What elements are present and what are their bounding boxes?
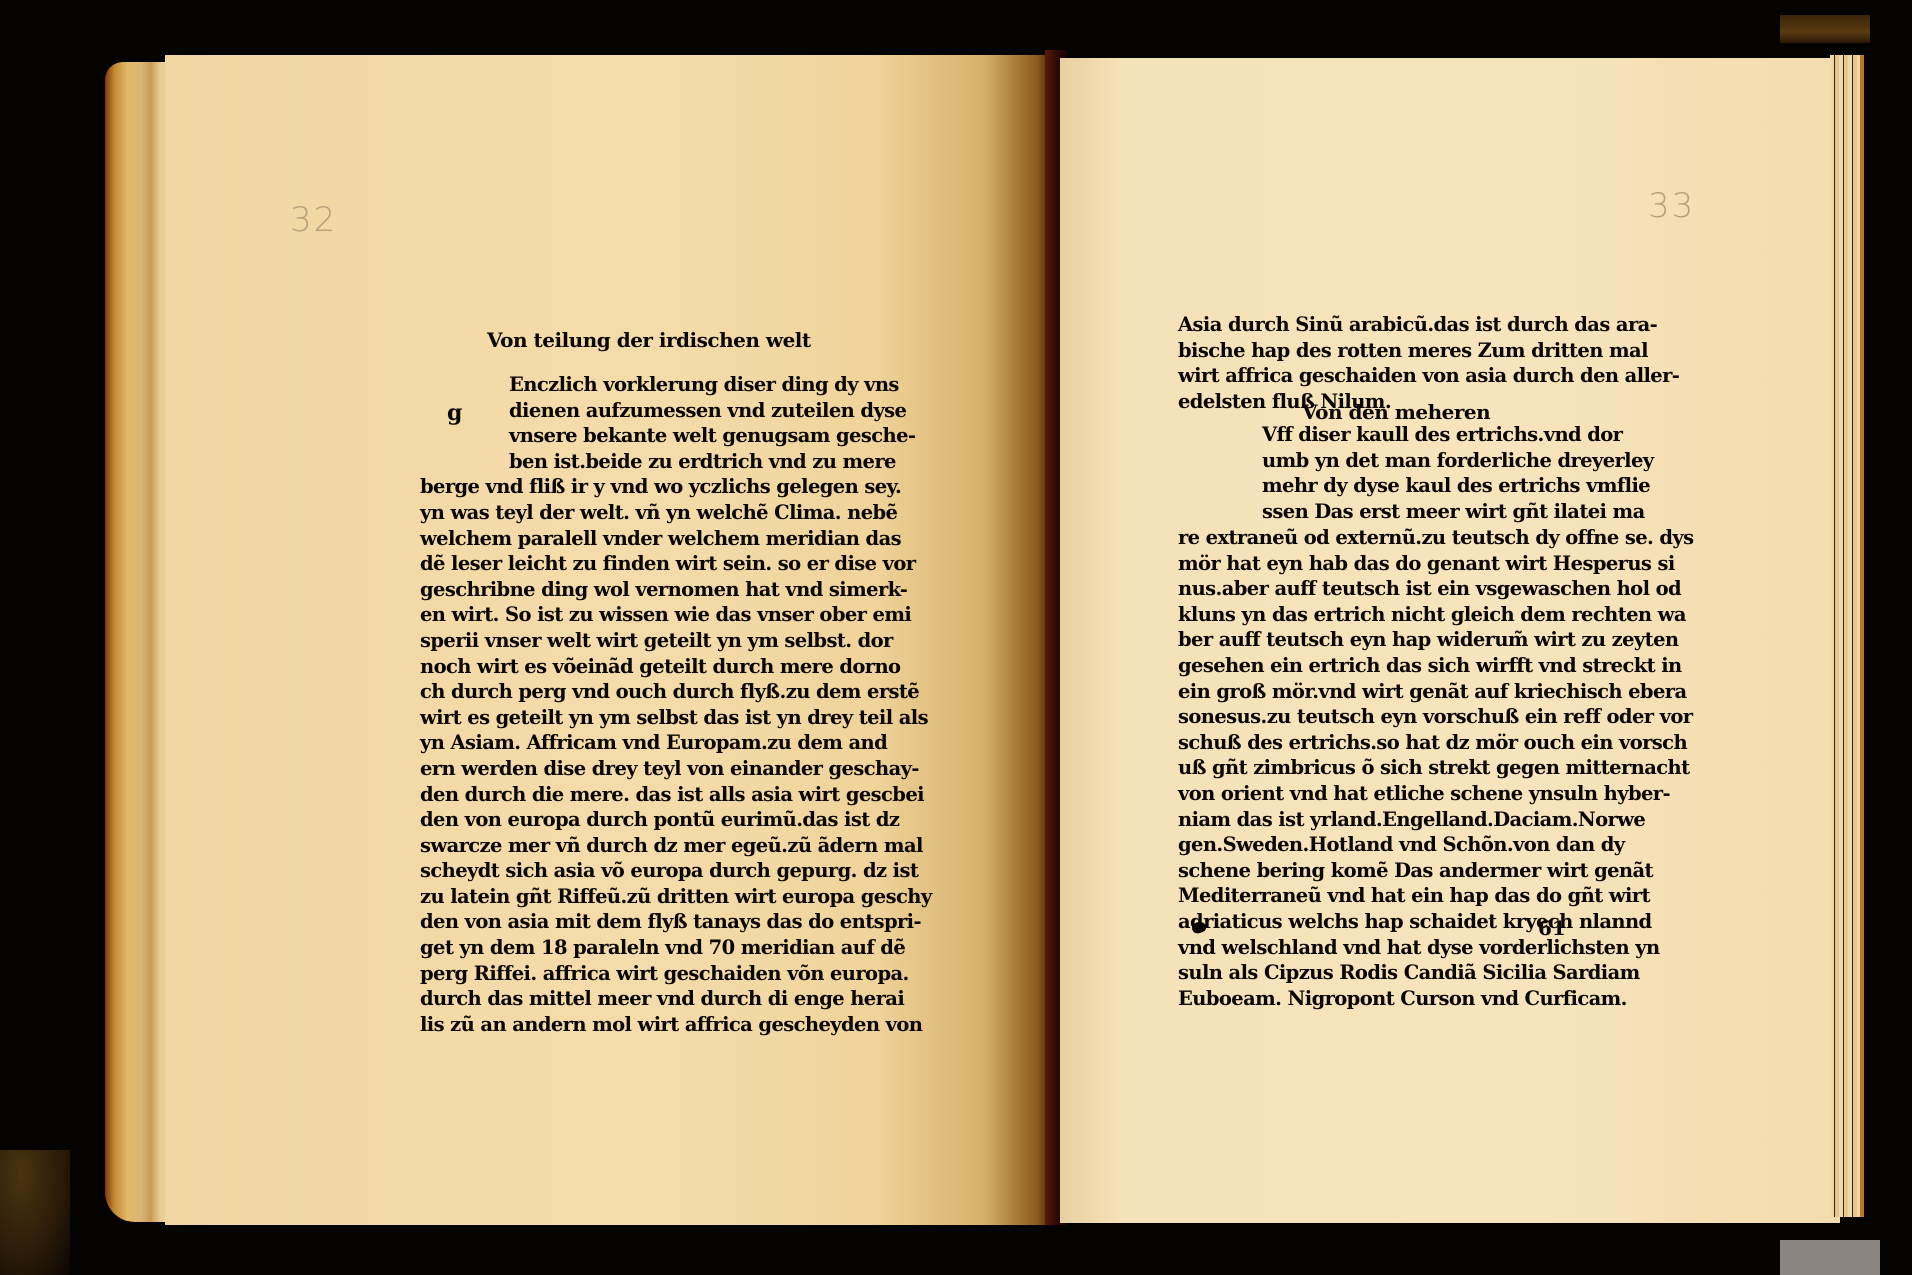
text-line: durch das mittel meer vnd durch di enge …	[420, 986, 832, 1012]
text-line: adriaticus welchs hap schaidet kryech nl…	[1178, 909, 1568, 935]
left-page-text: Enczlich vorklerung diser ding dy vns di…	[420, 372, 832, 1037]
text-line: re extraneũ od externũ.zu teutsch dy off…	[1178, 525, 1568, 551]
text-line: vnsere bekante welt genugsam gesche-	[420, 423, 832, 449]
text-line: wirt affrica geschaiden von asia durch d…	[1178, 363, 1568, 389]
text-line: ber auff teutsch eyn hap widerum̃ wirt z…	[1178, 627, 1568, 653]
book-cover-corner-left	[0, 1150, 70, 1275]
pencil-page-number-right: 33	[1648, 186, 1695, 226]
text-line: wirt es geteilt yn ym selbst das ist yn …	[420, 705, 832, 731]
text-line: kluns yn das ertrich nicht gleich dem re…	[1178, 602, 1568, 628]
book-cover-corner-right	[1780, 15, 1870, 43]
text-line: schuß des ertrichs.so hat dz mör ouch ei…	[1178, 730, 1568, 756]
text-line: get yn dem 18 paraleln vnd 70 meridian a…	[420, 935, 832, 961]
right-page-text-bottom: re extraneũ od externũ.zu teutsch dy off…	[1178, 525, 1568, 1011]
text-line: scheydt sich asia võ europa durch gepurg…	[420, 858, 832, 884]
text-line: gen.Sweden.Hotland vnd Schõn.von dan dy	[1178, 832, 1568, 858]
text-line: Vff diser kaull des ertrichs.vnd dor	[1262, 422, 1568, 448]
text-line: bische hap des rotten meres Zum dritten …	[1178, 338, 1568, 364]
background-surface	[1780, 1240, 1880, 1275]
text-line: Enczlich vorklerung diser ding dy vns	[420, 372, 832, 398]
page-stack-right-edge	[1830, 55, 1864, 1217]
text-line: Mediterraneũ vnd hat ein hap das do gñt …	[1178, 883, 1568, 909]
text-line: sonesus.zu teutsch eyn vorschuß ein reff…	[1178, 704, 1568, 730]
section-heading-right: Von den meheren	[1302, 400, 1490, 424]
page-stack-left-edge	[105, 62, 170, 1222]
text-line: welchem paralell vnder welchem meridian …	[420, 526, 832, 552]
text-line: Euboeam. Nigropont Curson vnd Curficam.	[1178, 986, 1568, 1012]
text-line: ern werden dise drey teyl von einander g…	[420, 756, 832, 782]
folio-number: 61	[1538, 916, 1566, 940]
text-line: ben ist.beide zu erdtrich vnd zu mere	[420, 449, 832, 475]
text-line: en wirt. So ist zu wissen wie das vnser …	[420, 602, 832, 628]
book-photograph: 32 Von teilung der irdischen welt g Encz…	[0, 0, 1912, 1275]
text-line: den von asia mit dem flyß tanays das do …	[420, 909, 832, 935]
text-line: yn was teyl der welt. vñ yn welchẽ Clima…	[420, 500, 832, 526]
text-line: schene bering komẽ Das andermer wirt gen…	[1178, 858, 1568, 884]
text-line: uß gñt zimbricus õ sich strekt gegen mit…	[1178, 755, 1568, 781]
text-line: vnd welschland vnd hat dyse vorderlichst…	[1178, 935, 1568, 961]
text-line: yn Asiam. Affricam vnd Europam.zu dem an…	[420, 730, 832, 756]
text-line: umb yn det man forderliche dreyerley	[1262, 448, 1568, 474]
text-line: niam das ist yrland.Engelland.Daciam.Nor…	[1178, 807, 1568, 833]
section-heading-left: Von teilung der irdischen welt	[487, 328, 811, 352]
right-page-text-indented: Vff diser kaull des ertrichs.vnd dor umb…	[1262, 422, 1568, 524]
text-line: dẽ leser leicht zu finden wirt sein. so …	[420, 551, 832, 577]
text-line: noch wirt es võeinãd geteilt durch mere …	[420, 654, 832, 680]
text-line: dienen aufzumessen vnd zuteilen dyse	[420, 398, 832, 424]
text-line: berge vnd fliß ir y vnd wo yczlichs gele…	[420, 474, 832, 500]
text-line: mör hat eyn hab das do genant wirt Hespe…	[1178, 551, 1568, 577]
text-line: zu latein gñt Riffeũ.zũ dritten wirt eur…	[420, 884, 832, 910]
text-line: Asia durch Sinũ arabicũ.das ist durch da…	[1178, 312, 1568, 338]
text-line: suln als Cipzus Rodis Candiã Sicilia Sar…	[1178, 960, 1568, 986]
text-line: ssen Das erst meer wirt gñt ilatei ma	[1262, 499, 1568, 525]
text-line: lis zũ an andern mol wirt affrica gesche…	[420, 1012, 832, 1038]
text-line: gesehen ein ertrich das sich wirfft vnd …	[1178, 653, 1568, 679]
text-line: von orient vnd hat etliche schene ynsuln…	[1178, 781, 1568, 807]
text-line: ch durch perg vnd ouch durch flyß.zu dem…	[420, 679, 832, 705]
text-line: mehr dy dyse kaul des ertrichs vmflie	[1262, 473, 1568, 499]
text-line: swarcze mer vñ durch dz mer egeũ.zũ ãder…	[420, 833, 832, 859]
text-line: ein groß mör.vnd wirt genãt auf kriechis…	[1178, 679, 1568, 705]
text-line: sperii vnser welt wirt geteilt yn ym sel…	[420, 628, 832, 654]
text-line: den durch die mere. das ist alls asia wi…	[420, 782, 832, 808]
pencil-page-number-left: 32	[290, 200, 337, 240]
text-line: den von europa durch pontũ eurimũ.das is…	[420, 807, 832, 833]
text-line: perg Riffei. affrica wirt geschaiden võn…	[420, 961, 832, 987]
text-line: nus.aber auff teutsch ist ein vsgewasche…	[1178, 576, 1568, 602]
text-line: geschribne ding wol vernomen hat vnd sim…	[420, 577, 832, 603]
